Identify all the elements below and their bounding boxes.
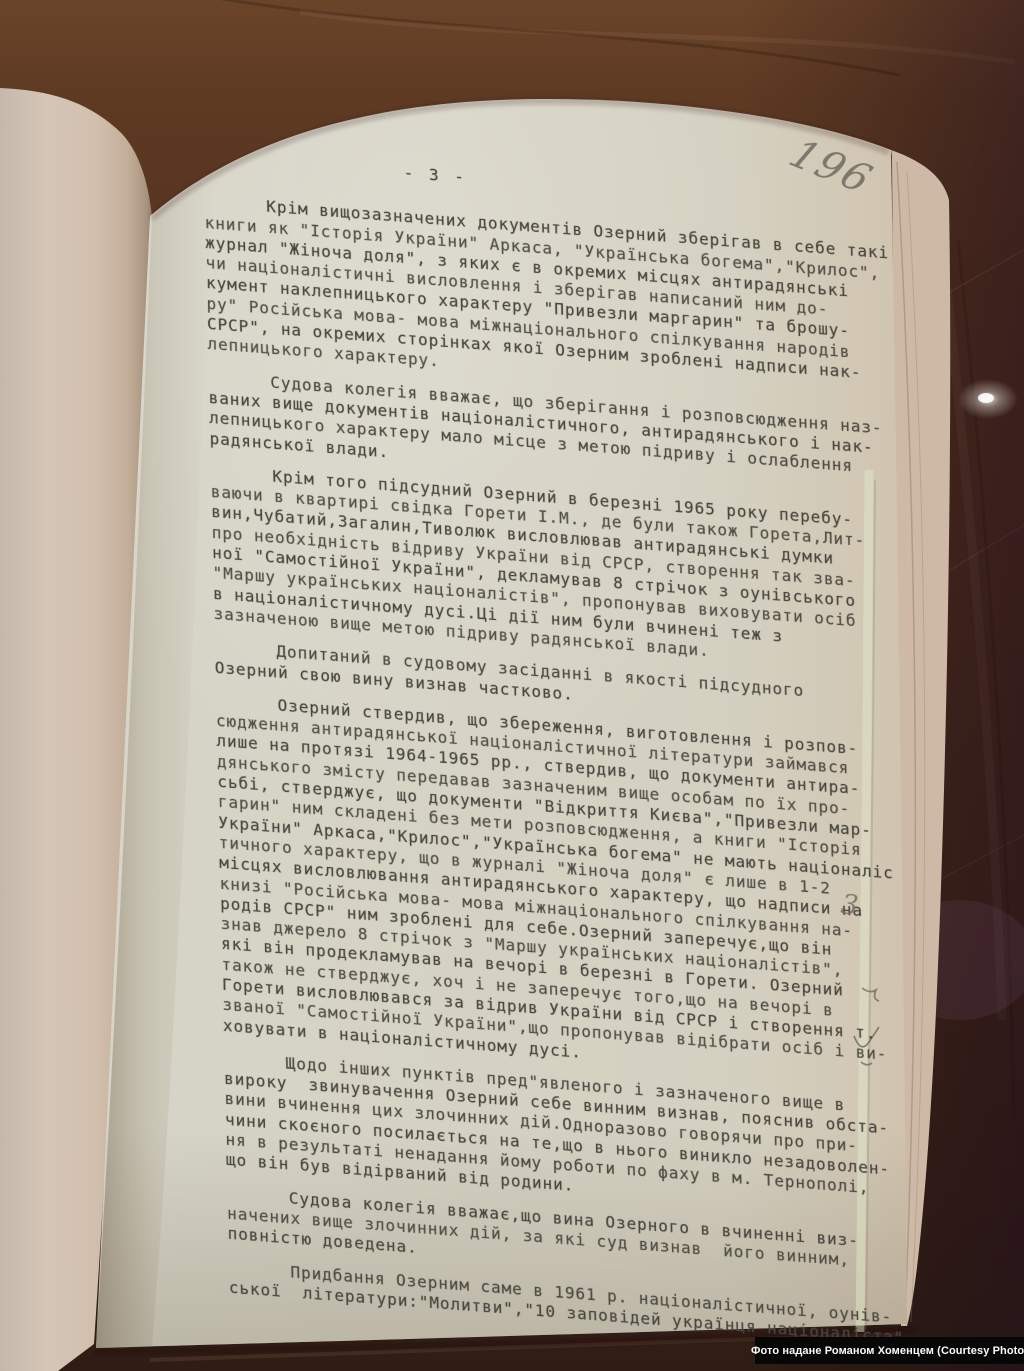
typed-text-layer: - 3 - Крім вищозазначених документів Озе… [203, 148, 955, 1365]
document-body: Крім вищозазначених документів Озерний з… [204, 192, 955, 1352]
paragraph: Озерний ствердив, що збереження, виготов… [215, 691, 948, 1091]
photo-credit-watermark: Фото надане Романом Хоменцем (Courtesy P… [755, 1337, 1024, 1364]
archival-document-photo: - 3 - Крім вищозазначених документів Озе… [0, 0, 1024, 1371]
